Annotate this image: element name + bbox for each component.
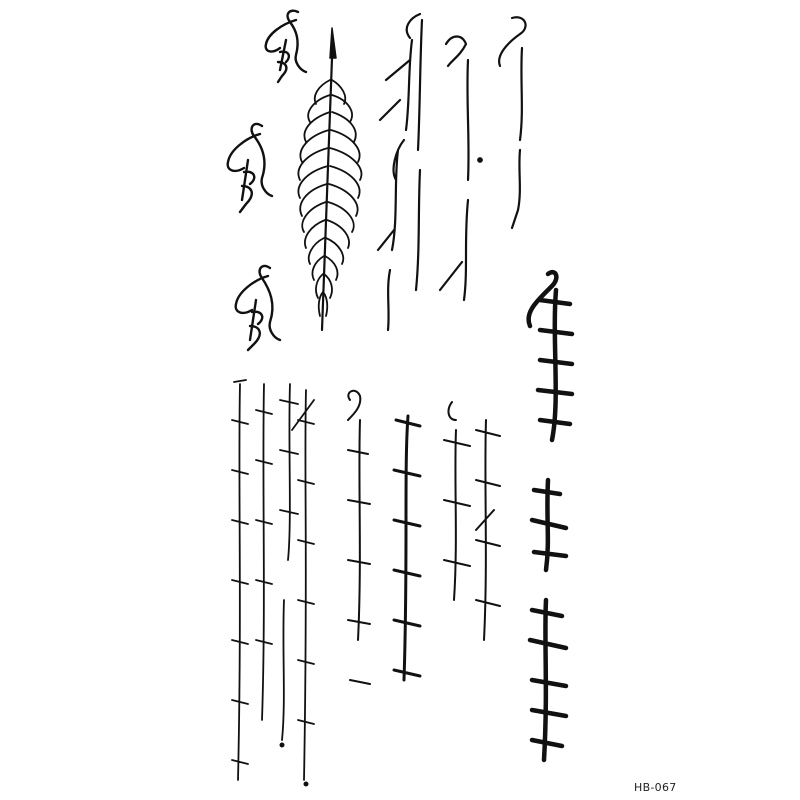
feather-illustration [298, 28, 361, 330]
upper-text-columns [378, 14, 526, 330]
lower-middle-columns [348, 391, 500, 684]
bold-text-column [529, 272, 572, 760]
signature-glyph-3 [236, 266, 280, 350]
calligraphy-artwork [0, 0, 800, 800]
signature-glyph-2 [228, 124, 272, 212]
signature-glyph-1 [266, 11, 306, 82]
tattoo-sheet: HB-067 [0, 0, 800, 800]
lower-left-columns [232, 380, 314, 786]
product-code-label: HB-067 [634, 781, 677, 794]
